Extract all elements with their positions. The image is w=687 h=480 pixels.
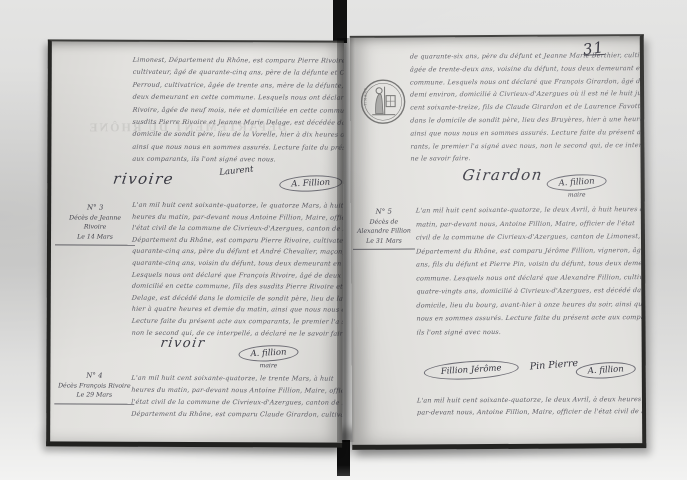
manuscript-line: ans, fils du défunt et Pierre Pin, voisi… xyxy=(416,257,639,272)
act-number: N° 5 xyxy=(355,208,413,218)
signature-officer-name: A. fillion xyxy=(575,361,636,380)
manuscript-line: Département du Rhône, est comparu Jérôme… xyxy=(416,244,639,259)
signature-officer-name: A. fillion xyxy=(546,173,607,192)
act-text: Limonest, Département du Rhône, est comp… xyxy=(132,54,338,167)
spine-top-strip xyxy=(333,0,347,43)
margin-entry: N° 4 Décès François Rivoire Le 29 Mars xyxy=(56,371,132,404)
manuscript-line: quarante-cinq ans, père du défunt et And… xyxy=(132,246,339,258)
margin-entry: N° 3 Décès de Jeanne Rivoire Le 14 Mars xyxy=(57,203,133,245)
manuscript-line: quatre-vingts ans, domicilié à Civrieux-… xyxy=(416,284,639,299)
manuscript-line: Département du Rhône, est comparu Claude… xyxy=(131,408,338,421)
act-date: Le 29 Mars xyxy=(56,390,132,400)
margin-rule xyxy=(353,249,415,250)
signature-officer: A. fillion maire xyxy=(238,340,298,369)
revenue-stamp-icon: TIMBRE xyxy=(359,78,407,126)
manuscript-line: Rivoire, âgée de neuf mois, née et domic… xyxy=(132,103,339,116)
act-text: L'an mil huit cent soixante-quatorze, le… xyxy=(131,372,337,421)
manuscript-line: par-devant nous, Antoine Fillion, Maire,… xyxy=(417,405,640,418)
left-page: DÉPARTEMENT DU RHÔNE Limonest, Départeme… xyxy=(46,39,344,447)
manuscript-line: domicile de sondit père, lieu de la Vore… xyxy=(132,128,339,141)
margin-entry: N° 5 Décès de Alexandre Fillion Le 31 Ma… xyxy=(355,208,413,250)
act-title: Décès de Jeanne Rivoire xyxy=(57,213,133,232)
signature-officer: A. Fillion xyxy=(279,170,342,191)
act-title: Décès de Alexandre Fillion xyxy=(355,217,413,236)
act-title: Décès François Rivoire xyxy=(56,381,132,391)
margin-rule xyxy=(55,244,135,245)
manuscript-line: domicile, lieu du bourg, avant-hier à on… xyxy=(416,298,639,313)
manuscript-line: L'an mil huit cent soixante-quatorze, le… xyxy=(131,372,338,385)
manuscript-line: dans le domicile de sondit père, lieu de… xyxy=(410,113,635,127)
signature-officer: A. fillion xyxy=(576,357,636,378)
signature-officer-title: maire xyxy=(547,191,607,198)
signature-party: Girardon xyxy=(461,166,544,185)
act-number: N° 3 xyxy=(57,203,133,213)
signature-party: rivoire xyxy=(112,170,175,188)
manuscript-line: hier à quatre heures et demie du matin, … xyxy=(131,304,338,316)
manuscript-line: l'état civil de la commune de Civrieux-d… xyxy=(132,223,339,235)
manuscript-line: deux demeurant en cette commune. Lesquel… xyxy=(132,91,339,104)
margin-rule xyxy=(54,403,134,404)
act-text: L'an mil huit cent soixante-quatorze, le… xyxy=(132,200,339,340)
manuscript-line: de quarante-six ans, père du défunt et J… xyxy=(409,49,634,63)
manuscript-line: quarante-cinq ans, voisin du défunt, tou… xyxy=(131,258,338,270)
signature-party: rivoir xyxy=(159,336,206,351)
signature-party: Fillion Jérôme xyxy=(424,357,519,380)
act-text: L'an mil huit cent soixante-quatorze, le… xyxy=(416,203,639,339)
svg-text:TIMBRE: TIMBRE xyxy=(364,87,368,107)
scanned-register-spread: DÉPARTEMENT DU RHÔNE Limonest, Départeme… xyxy=(0,0,687,480)
act-number: N° 4 xyxy=(56,371,132,381)
act-date: Le 14 Mars xyxy=(57,232,133,242)
manuscript-line: commune. Lesquels nous ont déclaré que A… xyxy=(416,271,639,286)
manuscript-line: nous en sommes assurés. Lecture faite du… xyxy=(416,311,639,326)
manuscript-line: heures du matin, par-devant nous Antoine… xyxy=(131,384,338,397)
manuscript-line: L'an mil huit cent soixante-quatorze, le… xyxy=(415,203,638,218)
act-date: Le 31 Mars xyxy=(355,236,413,246)
manuscript-line: ne le savoir faire. xyxy=(410,152,635,166)
manuscript-line: aux comparants, ils l'ont signé avec nou… xyxy=(132,153,339,166)
manuscript-line: matin, par-devant nous, Antoine Fillion,… xyxy=(415,217,638,232)
act-text: de quarante-six ans, père du défunt et J… xyxy=(410,49,635,166)
right-page: 31 TIMBRE de quarante-six ans, père du d… xyxy=(350,34,647,450)
manuscript-line: domicilié en cette commune, fils des sus… xyxy=(131,281,338,293)
signature-officer: A. fillion maire xyxy=(547,169,607,198)
signature-witness: Laurent xyxy=(219,164,254,177)
manuscript-line: cultivateur, âgé de quarante-cinq ans, p… xyxy=(132,66,339,79)
signature-officer-name: A. fillion xyxy=(238,344,299,363)
manuscript-line: civil de la commune de Civrieux-d'Azergu… xyxy=(416,230,639,245)
signature-officer-name: A. Fillion xyxy=(279,174,343,193)
manuscript-line: âgée de trente-deux ans, voisine du défu… xyxy=(410,62,635,76)
manuscript-line: l'état civil de la commune de Civrieux-d… xyxy=(131,396,338,409)
manuscript-line: ils l'ont signé avec nous. xyxy=(416,325,639,340)
act-text: L'an mil huit cent soixante-quatorze, le… xyxy=(417,393,639,418)
manuscript-line: Lecture faite du présent acte aux compar… xyxy=(131,316,338,328)
manuscript-line: Perroud, cultivatrice, âgée de trente an… xyxy=(132,79,339,92)
signature-party: Pin Pierre xyxy=(529,358,578,373)
signature-officer-title: maire xyxy=(238,362,298,369)
signature-party-name: Fillion Jérôme xyxy=(423,358,519,382)
manuscript-line: ainsi que nous nous en sommes assurés. L… xyxy=(410,126,635,140)
manuscript-line: L'an mil huit cent soixante-quatorze, le… xyxy=(132,200,339,212)
